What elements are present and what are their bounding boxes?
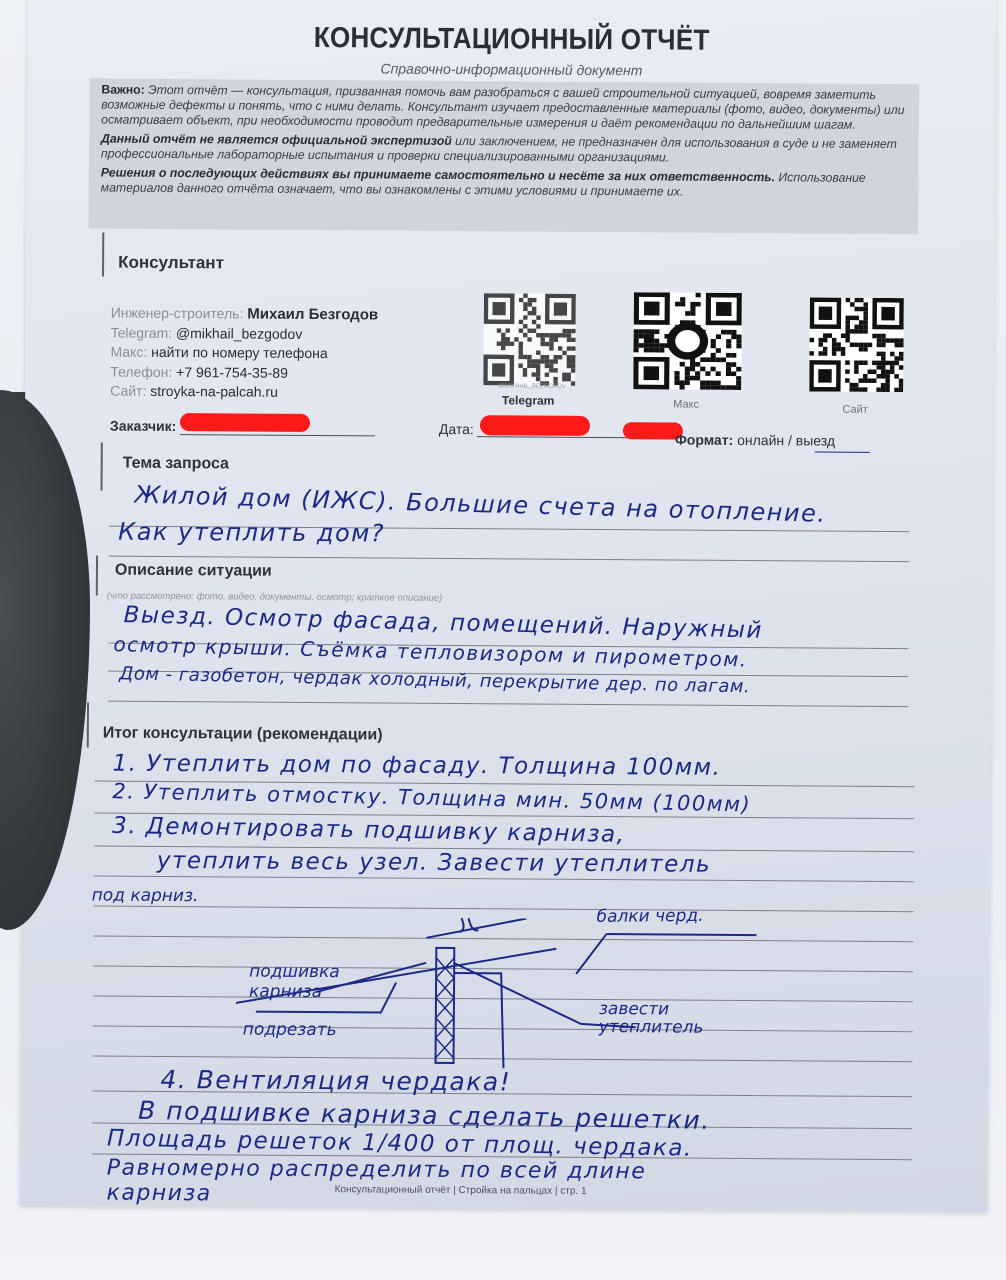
result-handwritten-line: 4. Вентиляция чердака! bbox=[160, 1065, 511, 1096]
result-heading: Итог консультации (рекомендации) bbox=[103, 725, 383, 745]
row-label: Инженер-строитель: bbox=[111, 305, 244, 322]
row-label: Telegram: bbox=[111, 324, 173, 340]
consultant-row-telegram: Telegram: @mikhail_bezgodov bbox=[111, 323, 379, 344]
result-handwritten-line: Равномерно распределить по всей длине bbox=[107, 1156, 647, 1185]
consultant-row-phone: Телефон: +7 961-754-35-89 bbox=[110, 362, 378, 383]
result-handwritten-line: карниза bbox=[107, 1181, 212, 1207]
section-marker bbox=[101, 443, 103, 491]
qr-label-site: Сайт bbox=[800, 403, 910, 416]
situation-heading: Описание ситуации bbox=[115, 562, 272, 581]
disclaimer-box: Важно: Этот отчёт — консультация, призва… bbox=[89, 78, 920, 234]
footer-brand: Стройка на пальцах bbox=[458, 1185, 552, 1197]
consultant-name: Михаил Безгодов bbox=[247, 306, 378, 324]
diagram-label-beam: балки черд. bbox=[596, 906, 703, 927]
telegram-handle: @mikhail_bezgodov bbox=[176, 325, 302, 342]
website: stroyka-na-palcah.ru bbox=[150, 383, 278, 400]
client-field[interactable] bbox=[180, 434, 375, 436]
footer-page-number: стр. 1 bbox=[560, 1186, 586, 1197]
consultation-report-sheet: КОНСУЛЬТАЦИОННЫЙ ОТЧЁТ Справочно-информа… bbox=[20, 0, 996, 1212]
max-contact: найти по номеру телефона bbox=[151, 344, 328, 361]
qr-label-max: Макс bbox=[631, 398, 741, 411]
disclaimer-paragraph-2: Данный отчёт не является официальной экс… bbox=[101, 132, 907, 168]
disclaimer-paragraph-1: Важно: Этот отчёт — консультация, призва… bbox=[101, 83, 907, 134]
client-label: Заказчик: bbox=[110, 418, 176, 434]
qr-code-icon bbox=[483, 293, 576, 386]
qr-code-icon bbox=[809, 297, 904, 392]
format-field: Формат: онлайн / выезд bbox=[675, 432, 835, 449]
section-marker bbox=[87, 702, 89, 747]
consultant-heading: Консультант bbox=[118, 253, 224, 274]
ruled-line bbox=[94, 875, 914, 882]
disclaimer-text-2b: не является официальной экспертизой bbox=[200, 132, 452, 148]
consultant-row-max: Макс: найти по номеру телефона bbox=[110, 343, 378, 364]
topic-heading: Тема запроса bbox=[123, 455, 229, 474]
footer-doc-name: Консультационный отчёт bbox=[335, 1184, 451, 1196]
section-marker bbox=[96, 555, 98, 595]
row-label: Телефон: bbox=[110, 363, 172, 379]
consultant-row-site: Сайт: stroyka-na-palcah.ru bbox=[110, 382, 378, 403]
date-label: Дата: bbox=[439, 421, 474, 437]
result-handwritten-line: 1. Утеплить дом по фасаду. Толщина 100мм… bbox=[113, 751, 722, 781]
disclaimer-text-2a: Данный отчёт bbox=[101, 132, 200, 147]
row-label: Сайт: bbox=[110, 383, 146, 399]
format-label: Формат: bbox=[675, 432, 733, 448]
ruled-line bbox=[109, 556, 909, 563]
diagram-label-trim: подрезать bbox=[243, 1020, 337, 1041]
format-options: онлайн / выезд bbox=[737, 432, 835, 449]
disclaimer-important-label: Важно: bbox=[101, 83, 144, 97]
result-handwritten-line: утеплить весь узел. Завести утеплитель bbox=[157, 848, 711, 878]
qr-label-telegram: Telegram bbox=[473, 393, 583, 408]
topic-handwritten-line: Как утеплить дом? bbox=[118, 518, 385, 548]
row-label: Макс: bbox=[110, 344, 147, 360]
document-title: КОНСУЛЬТАЦИОННЫЙ ОТЧЁТ bbox=[76, 20, 947, 59]
disclaimer-paragraph-3: Решения о последующих действиях вы прини… bbox=[101, 166, 907, 202]
consultant-row-engineer: Инженер-строитель: Михаил Безгодов bbox=[111, 304, 379, 325]
page-footer: Консультационный отчёт | Стройка на паль… bbox=[335, 1184, 587, 1197]
consultant-details: Инженер-строитель: Михаил Безгодов Teleg… bbox=[110, 304, 378, 403]
redaction-mark bbox=[180, 413, 310, 432]
redaction-mark bbox=[480, 415, 590, 436]
qr-code-icon bbox=[633, 292, 742, 390]
result-handwritten-line: под карниз. bbox=[92, 885, 199, 906]
ruled-line bbox=[108, 701, 908, 708]
document-subtitle: Справочно-информационный документ bbox=[27, 58, 995, 81]
situation-hint: (что рассмотрено: фото, видео, документы… bbox=[107, 591, 443, 604]
phone-number: +7 961-754-35-89 bbox=[176, 364, 288, 381]
qr-caption: @MIKHAIL_BEZGODOV bbox=[487, 383, 577, 390]
format-selected-underline bbox=[815, 452, 870, 453]
ruled-line bbox=[94, 905, 914, 912]
diagram-label-insulation: завести утеплитель bbox=[599, 1000, 739, 1037]
result-handwritten-line: 3. Демонтировать подшивку карниза, bbox=[112, 813, 626, 848]
disclaimer-text-1: Этот отчёт — консультация, призванная по… bbox=[101, 83, 904, 132]
diagram-label-soffit: подшивка карниза bbox=[249, 962, 369, 1003]
section-marker bbox=[102, 233, 104, 277]
